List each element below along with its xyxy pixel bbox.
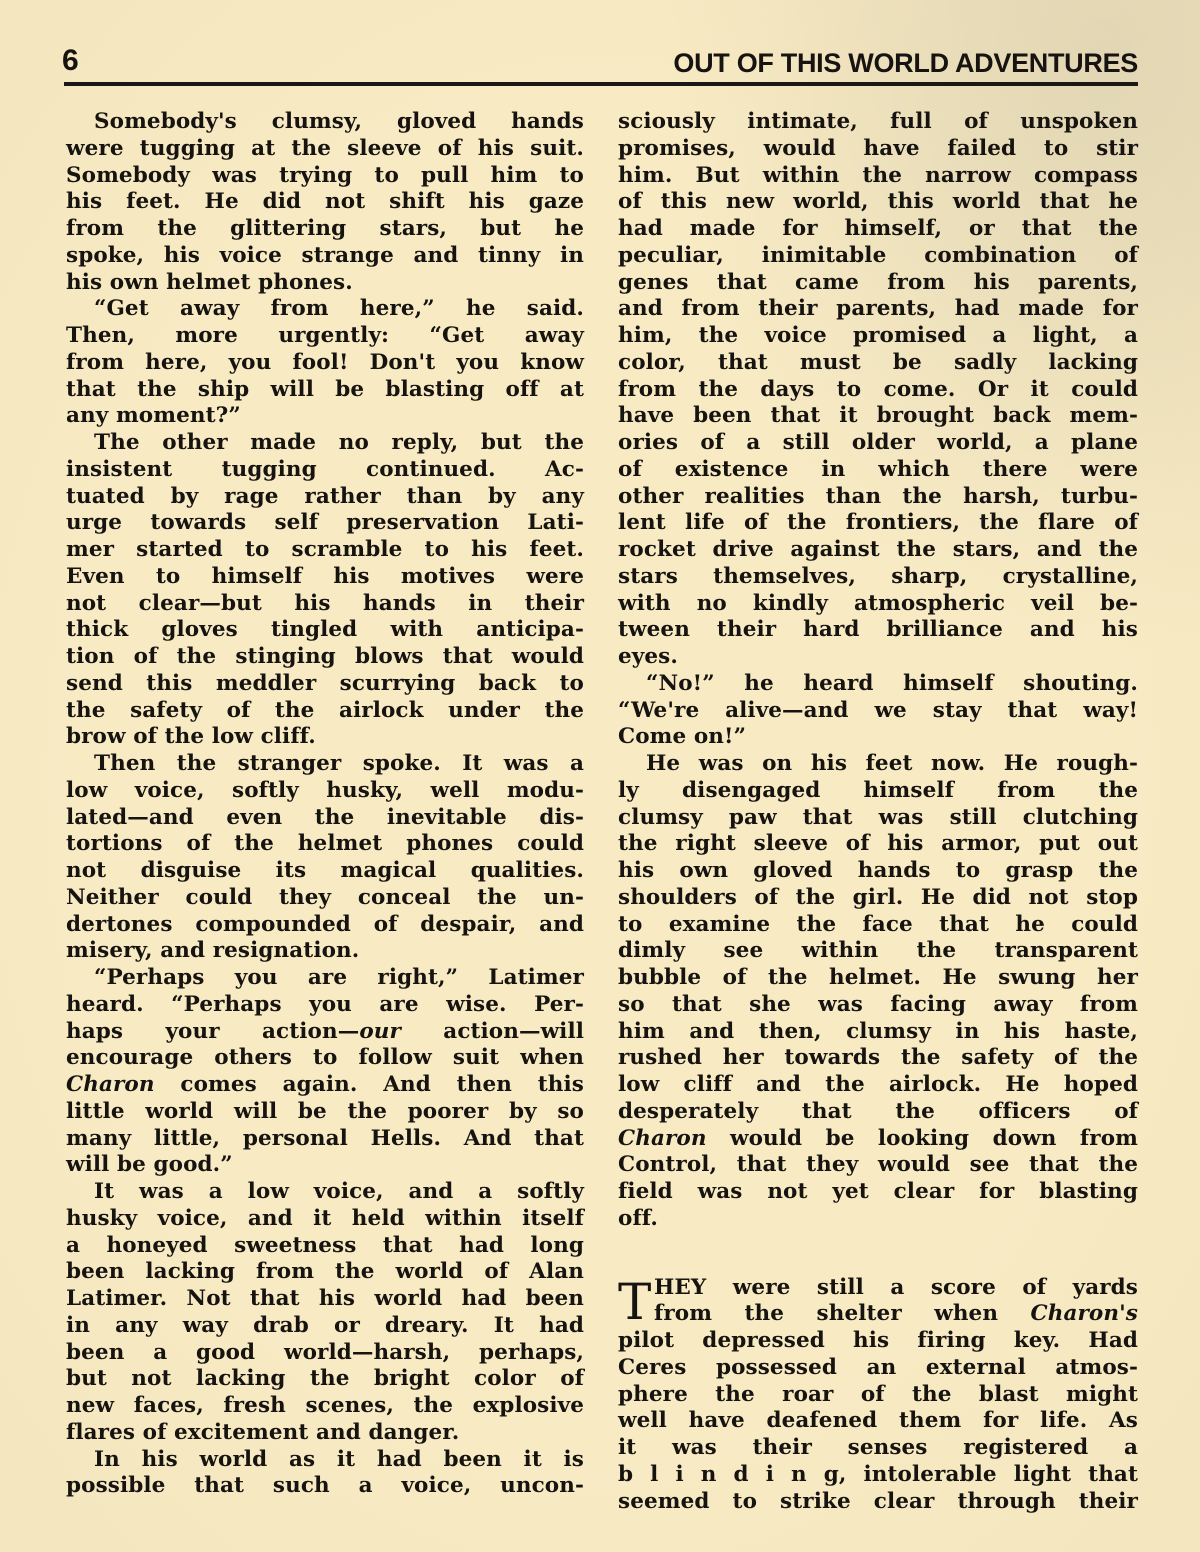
text-line: ories of a still older world, a plane bbox=[618, 430, 1138, 457]
text-line: Somebody was trying to pull him to bbox=[66, 163, 584, 190]
text-line: haps your action—our action—will bbox=[66, 1019, 584, 1046]
text-line: bubble of the helmet. He swung her bbox=[618, 965, 1138, 992]
text-line: been a good world—harsh, perhaps, bbox=[66, 1340, 584, 1367]
text-line: were tugging at the sleeve of his suit. bbox=[66, 136, 584, 163]
text-line: b l i n d i n g, intolerable light that bbox=[618, 1462, 1138, 1489]
text-line: color, that must be sadly lacking bbox=[618, 350, 1138, 377]
text-line: urge towards self preservation Lati- bbox=[66, 510, 584, 537]
text-line: to examine the face that he could bbox=[618, 912, 1138, 939]
text-line: the safety of the airlock under the bbox=[66, 698, 584, 725]
text-line: He was on his feet now. He rough- bbox=[618, 751, 1138, 778]
text-line: dertones compounded of despair, and bbox=[66, 912, 584, 939]
text-line: stars themselves, sharp, crystalline, bbox=[618, 564, 1138, 591]
text-line: tortions of the helmet phones could bbox=[66, 831, 584, 858]
text-line: flares of excitement and danger. bbox=[66, 1420, 584, 1447]
text-line: dimly see within the transparent bbox=[618, 938, 1138, 965]
text-line: but not lacking the bright color of bbox=[66, 1366, 584, 1393]
text-line: promises, would have failed to stir bbox=[618, 136, 1138, 163]
text-line: him. But within the narrow compass bbox=[618, 163, 1138, 190]
text-line: have been that it brought back mem- bbox=[618, 403, 1138, 430]
text-line: THEY were still a score of yards bbox=[618, 1275, 1138, 1302]
text-line: In his world as it had been it is bbox=[66, 1447, 584, 1474]
text-line: with no kindly atmospheric veil be- bbox=[618, 591, 1138, 618]
text-line: his own gloved hands to grasp the bbox=[618, 858, 1138, 885]
italic-text: Charon's bbox=[1031, 1301, 1138, 1326]
text-line: had made for himself, or that the bbox=[618, 216, 1138, 243]
text-line: tion of the stinging blows that would bbox=[66, 644, 584, 671]
text-line: “We're alive—and we stay that way! bbox=[618, 698, 1138, 725]
text-line: him, the voice promised a light, a bbox=[618, 323, 1138, 350]
text-line: Even to himself his motives were bbox=[66, 564, 584, 591]
text-line: rocket drive against the stars, and the bbox=[618, 537, 1138, 564]
text-line: lent life of the frontiers, the flare of bbox=[618, 510, 1138, 537]
text-line: eyes. bbox=[618, 644, 1138, 671]
text-line: of this new world, this world that he bbox=[618, 189, 1138, 216]
text-line: “No!” he heard himself shouting. bbox=[618, 671, 1138, 698]
section-break bbox=[618, 1233, 1138, 1275]
text-line: been lacking from the world of Alan bbox=[66, 1259, 584, 1286]
right-column: sciously intimate, full of unspokenpromi… bbox=[618, 109, 1138, 1515]
text-line: will be good.” bbox=[66, 1152, 584, 1179]
text-line: from the glittering stars, but he bbox=[66, 216, 584, 243]
text-line: Somebody's clumsy, gloved hands bbox=[66, 109, 584, 136]
text-line: spoke, his voice strange and tinny in bbox=[66, 243, 584, 270]
text-line: and from their parents, had made for bbox=[618, 296, 1138, 323]
text-line: it was their senses registered a bbox=[618, 1435, 1138, 1462]
text-line: little world will be the poorer by so bbox=[66, 1099, 584, 1126]
text-line: ly disengaged himself from the bbox=[618, 778, 1138, 805]
text-line: The other made no reply, but the bbox=[66, 430, 584, 457]
page-number: 6 bbox=[62, 44, 79, 78]
italic-text: Charon bbox=[66, 1072, 155, 1097]
text-line: off. bbox=[618, 1206, 1138, 1233]
text-line: not clear—but his hands in their bbox=[66, 591, 584, 618]
text-line: seemed to strike clear through their bbox=[618, 1489, 1138, 1516]
text-line: tween their hard brilliance and his bbox=[618, 617, 1138, 644]
text-line: heard. “Perhaps you are wise. Per- bbox=[66, 992, 584, 1019]
text-line: insistent tugging continued. Ac- bbox=[66, 457, 584, 484]
text-line: peculiar, inimitable combination of bbox=[618, 243, 1138, 270]
text-line: husky voice, and it held within itself bbox=[66, 1206, 584, 1233]
text-line: “Perhaps you are right,” Latimer bbox=[66, 965, 584, 992]
text-line: desperately that the officers of bbox=[618, 1099, 1138, 1126]
drop-cap: T bbox=[618, 1277, 651, 1327]
text-line: other realities than the harsh, turbu- bbox=[618, 484, 1138, 511]
text-line: encourage others to follow suit when bbox=[66, 1045, 584, 1072]
text-line: misery, and resignation. bbox=[66, 938, 584, 965]
text-line: so that she was facing away from bbox=[618, 992, 1138, 1019]
text-line: low voice, softly husky, well modu- bbox=[66, 778, 584, 805]
text-line: new faces, fresh scenes, the explosive bbox=[66, 1393, 584, 1420]
text-line: from the shelter when Charon's bbox=[618, 1301, 1138, 1328]
text-line: Control, that they would see that the bbox=[618, 1152, 1138, 1179]
header-rule bbox=[64, 82, 1138, 86]
text-line: It was a low voice, and a softly bbox=[66, 1179, 584, 1206]
text-line: low cliff and the airlock. He hoped bbox=[618, 1072, 1138, 1099]
text-line: Then the stranger spoke. It was a bbox=[66, 751, 584, 778]
text-line: possible that such a voice, uncon- bbox=[66, 1473, 584, 1500]
text-line: genes that came from his parents, bbox=[618, 270, 1138, 297]
text-line: Then, more urgently: “Get away bbox=[66, 323, 584, 350]
text-line: Neither could they conceal the un- bbox=[66, 885, 584, 912]
text-line: field was not yet clear for blasting bbox=[618, 1179, 1138, 1206]
text-line: brow of the low cliff. bbox=[66, 724, 584, 751]
text-line: from here, you fool! Don't you know bbox=[66, 350, 584, 377]
text-line: any moment?” bbox=[66, 403, 584, 430]
italic-text: Charon bbox=[618, 1126, 707, 1151]
text-line: his own helmet phones. bbox=[66, 270, 584, 297]
text-line: Charon would be looking down from bbox=[618, 1126, 1138, 1153]
running-title: OUT OF THIS WORLD ADVENTURES bbox=[673, 48, 1138, 78]
text-line: rushed her towards the safety of the bbox=[618, 1045, 1138, 1072]
text-line: the right sleeve of his armor, put out bbox=[618, 831, 1138, 858]
text-line: his feet. He did not shift his gaze bbox=[66, 189, 584, 216]
text-line: clumsy paw that was still clutching bbox=[618, 805, 1138, 832]
text-line: pilot depressed his firing key. Had bbox=[618, 1328, 1138, 1355]
italic-text: our bbox=[359, 1019, 401, 1044]
text-line: phere the roar of the blast might bbox=[618, 1382, 1138, 1409]
text-line: sciously intimate, full of unspoken bbox=[618, 109, 1138, 136]
text-line: of existence in which there were bbox=[618, 457, 1138, 484]
text-line: shoulders of the girl. He did not stop bbox=[618, 885, 1138, 912]
text-line: him and then, clumsy in his haste, bbox=[618, 1019, 1138, 1046]
text-line: Come on!” bbox=[618, 724, 1138, 751]
text-line: many little, personal Hells. And that bbox=[66, 1126, 584, 1153]
text-line: Charon comes again. And then this bbox=[66, 1072, 584, 1099]
text-line: Ceres possessed an external atmos- bbox=[618, 1355, 1138, 1382]
text-line: Latimer. Not that his world had been bbox=[66, 1286, 584, 1313]
text-line: lated—and even the inevitable dis- bbox=[66, 805, 584, 832]
text-line: mer started to scramble to his feet. bbox=[66, 537, 584, 564]
left-column: Somebody's clumsy, gloved handswere tugg… bbox=[66, 109, 584, 1500]
text-line: tuated by rage rather than by any bbox=[66, 484, 584, 511]
page-header: 6 OUT OF THIS WORLD ADVENTURES bbox=[62, 40, 1140, 86]
text-line: “Get away from here,” he said. bbox=[66, 296, 584, 323]
text-line: in any way drab or dreary. It had bbox=[66, 1313, 584, 1340]
text-line: not disguise its magical qualities. bbox=[66, 858, 584, 885]
text-line: from the days to come. Or it could bbox=[618, 377, 1138, 404]
text-line: a honeyed sweetness that had long bbox=[66, 1233, 584, 1260]
text-line: well have deafened them for life. As bbox=[618, 1408, 1138, 1435]
text-line: thick gloves tingled with anticipa- bbox=[66, 617, 584, 644]
text-line: send this meddler scurrying back to bbox=[66, 671, 584, 698]
text-line: that the ship will be blasting off at bbox=[66, 377, 584, 404]
